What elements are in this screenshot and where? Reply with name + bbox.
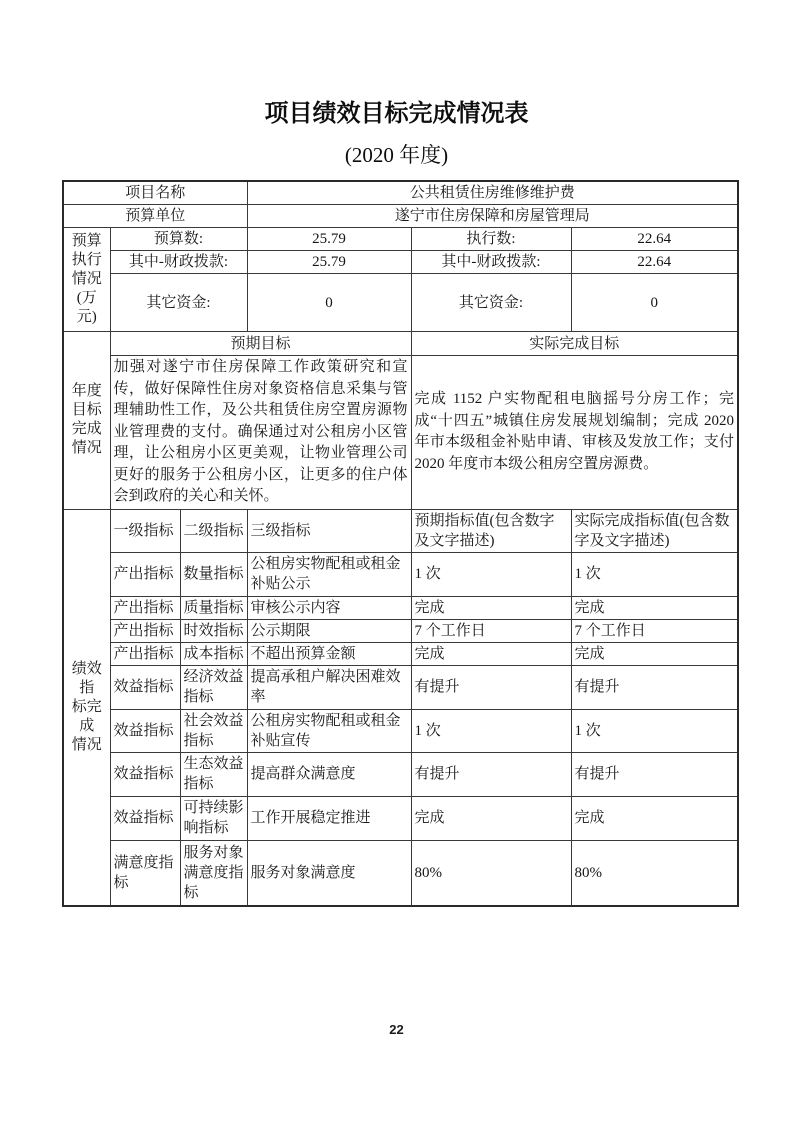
goal-text-row: 加强对遂宁市住房保障工作政策研究和宣传，做好保障性住房对象资格信息采集与管理辅助… [63,356,738,510]
indicator-cell: 不超出预算金额 [247,642,411,665]
indicator-cell: 经济效益指标 [180,665,247,709]
indicator-cell: 效益指标 [110,709,180,752]
indicator-cell: 效益指标 [110,796,180,840]
other-funds-budget-value: 0 [247,274,411,332]
indicator-header-level3: 三级指标 [247,509,411,552]
indicator-cell: 效益指标 [110,752,180,796]
indicator-cell: 效益指标 [110,665,180,709]
indicator-cell: 数量指标 [180,552,247,596]
indicator-cell: 审核公示内容 [247,596,411,619]
fiscal-grant-budget-label: 其中-财政拨款: [110,251,247,274]
actual-goal-header: 实际完成目标 [411,332,738,356]
budget-unit-label: 预算单位 [63,205,247,228]
other-funds-exec-value: 0 [571,274,738,332]
expected-goal-text: 加强对遂宁市住房保障工作政策研究和宣传，做好保障性住房对象资格信息采集与管理辅助… [110,356,411,510]
project-name-value: 公共租赁住房维修维护费 [247,181,738,205]
indicator-cell: 1 次 [571,552,738,596]
indicator-cell: 公租房实物配租或租金补贴宣传 [247,709,411,752]
budget-unit-row: 预算单位 遂宁市住房保障和房屋管理局 [63,205,738,228]
budget-row-1: 预算 执行 情况 (万 元) 预算数: 25.79 执行数: 22.64 [63,228,738,251]
indicator-cell: 1 次 [411,552,571,596]
indicator-cell: 产出指标 [110,642,180,665]
indicator-cell: 完成 [571,642,738,665]
indicator-cell: 1 次 [411,709,571,752]
project-name-label: 项目名称 [63,181,247,205]
indicator-cell: 产出指标 [110,552,180,596]
indicator-cell: 时效指标 [180,619,247,642]
indicator-cell: 提高群众满意度 [247,752,411,796]
indicator-row-social: 效益指标 社会效益指标 公租房实物配租或租金补贴宣传 1 次 1 次 [63,709,738,752]
goal-section-label: 年度 目标 完成 情况 [63,332,110,510]
indicator-cell: 服务对象满意度 [247,840,411,906]
indicator-cell: 完成 [411,596,571,619]
indicator-cell: 完成 [571,596,738,619]
indicator-cell: 完成 [411,642,571,665]
indicator-row-timeliness: 产出指标 时效指标 公示期限 7 个工作日 7 个工作日 [63,619,738,642]
indicator-cell: 生态效益指标 [180,752,247,796]
indicator-header-row: 绩效指 标完成 情况 一级指标 二级指标 三级指标 预期指标值(包含数字及文字描… [63,509,738,552]
performance-table: 项目名称 公共租赁住房维修维护费 预算单位 遂宁市住房保障和房屋管理局 预算 执… [62,180,739,907]
indicator-cell: 完成 [411,796,571,840]
indicator-cell: 有提升 [571,752,738,796]
actual-goal-text: 完成 1152 户实物配租电脑摇号分房工作；完成“十四五”城镇住房发展规划编制；… [411,356,738,510]
indicator-cell: 公租房实物配租或租金补贴公示 [247,552,411,596]
indicator-row-sustainable: 效益指标 可持续影响指标 工作开展稳定推进 完成 完成 [63,796,738,840]
project-name-row: 项目名称 公共租赁住房维修维护费 [63,181,738,205]
indicator-header-level2: 二级指标 [180,509,247,552]
budget-row-3: 其它资金: 0 其它资金: 0 [63,274,738,332]
indicator-header-actual: 实际完成指标值(包含数字及文字描述) [571,509,738,552]
indicator-header-level1: 一级指标 [110,509,180,552]
indicator-row-economic: 效益指标 经济效益指标 提高承租户解决困难效率 有提升 有提升 [63,665,738,709]
execution-amount-value: 22.64 [571,228,738,251]
indicator-cell: 7 个工作日 [571,619,738,642]
page-number: 22 [0,1022,793,1037]
indicator-header-expected: 预期指标值(包含数字及文字描述) [411,509,571,552]
indicator-row-quality: 产出指标 质量指标 审核公示内容 完成 完成 [63,596,738,619]
indicator-cell: 公示期限 [247,619,411,642]
indicator-cell: 可持续影响指标 [180,796,247,840]
indicator-cell: 80% [411,840,571,906]
budget-unit-value: 遂宁市住房保障和房屋管理局 [247,205,738,228]
budget-section-label: 预算 执行 情况 (万 元) [63,228,110,332]
indicator-cell: 有提升 [411,752,571,796]
indicator-cell: 满意度指标 [110,840,180,906]
indicator-cell: 工作开展稳定推进 [247,796,411,840]
other-funds-budget-label: 其它资金: [110,274,247,332]
indicator-cell: 社会效益指标 [180,709,247,752]
other-funds-exec-label: 其它资金: [411,274,571,332]
budget-amount-value: 25.79 [247,228,411,251]
indicator-section-label: 绩效指 标完成 情况 [63,509,110,906]
indicator-cell: 产出指标 [110,596,180,619]
indicator-row-ecological: 效益指标 生态效益指标 提高群众满意度 有提升 有提升 [63,752,738,796]
indicator-cell: 成本指标 [180,642,247,665]
indicator-row-quantity: 产出指标 数量指标 公租房实物配租或租金补贴公示 1 次 1 次 [63,552,738,596]
budget-row-2: 其中-财政拨款: 25.79 其中-财政拨款: 22.64 [63,251,738,274]
doc-subtitle: (2020 年度) [0,142,793,168]
fiscal-grant-exec-label: 其中-财政拨款: [411,251,571,274]
budget-amount-label: 预算数: [110,228,247,251]
indicator-cell: 有提升 [571,665,738,709]
indicator-cell: 80% [571,840,738,906]
indicator-cell: 完成 [571,796,738,840]
goal-header-row: 年度 目标 完成 情况 预期目标 实际完成目标 [63,332,738,356]
expected-goal-header: 预期目标 [110,332,411,356]
indicator-cell: 7 个工作日 [411,619,571,642]
indicator-cell: 有提升 [411,665,571,709]
indicator-cell: 服务对象满意度指标 [180,840,247,906]
execution-amount-label: 执行数: [411,228,571,251]
indicator-cell: 提高承租户解决困难效率 [247,665,411,709]
doc-title: 项目绩效目标完成情况表 [0,100,793,128]
indicator-cell: 1 次 [571,709,738,752]
fiscal-grant-exec-value: 22.64 [571,251,738,274]
indicator-cell: 质量指标 [180,596,247,619]
indicator-row-cost: 产出指标 成本指标 不超出预算金额 完成 完成 [63,642,738,665]
indicator-cell: 产出指标 [110,619,180,642]
indicator-row-satisfaction: 满意度指标 服务对象满意度指标 服务对象满意度 80% 80% [63,840,738,906]
fiscal-grant-budget-value: 25.79 [247,251,411,274]
